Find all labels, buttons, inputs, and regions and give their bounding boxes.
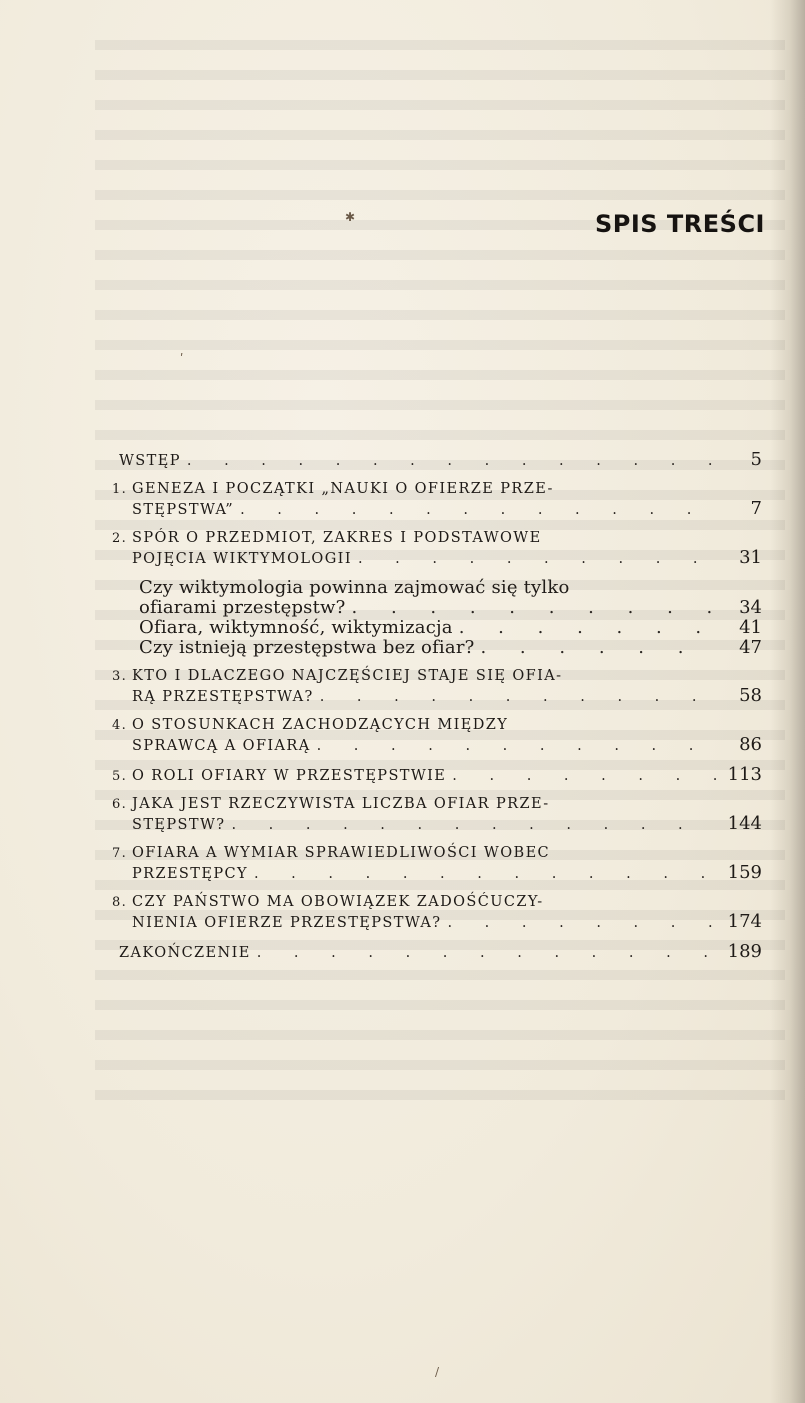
dot-leader bbox=[240, 501, 716, 520]
toc-entry: 2.SPÓR O PRZEDMIOT, ZAKRES I PODSTAWOWEP… bbox=[112, 529, 762, 569]
dot-leader bbox=[187, 452, 716, 471]
dot-leader bbox=[352, 598, 716, 618]
spacer bbox=[112, 658, 762, 667]
toc-entry-title: JAKA JEST RZECZYWISTA LICZBA OFIAR PRZE- bbox=[132, 795, 550, 814]
page-number: 7 bbox=[722, 499, 762, 518]
chapter-number: 3. bbox=[112, 667, 132, 686]
toc-entry-line: 7.OFIARA A WYMIAR SPRAWIEDLIWOŚCI WOBEC bbox=[112, 844, 762, 863]
toc-entry-line: RĄ PRZESTĘPSTWA?58 bbox=[112, 686, 762, 707]
toc-entry-line: Ofiara, wiktymność, wiktymizacja41 bbox=[139, 618, 762, 638]
toc-entry-line: 8.CZY PAŃSTWO MA OBOWIĄZEK ZADOŚĆUCZY- bbox=[112, 893, 762, 912]
toc-entry-line: Czy wiktymologia powinna zajmować się ty… bbox=[139, 578, 762, 598]
toc-entry-line: 3.KTO I DLACZEGO NAJCZĘŚCIEJ STAJE SIĘ O… bbox=[112, 667, 762, 686]
toc-entry: 8.CZY PAŃSTWO MA OBOWIĄZEK ZADOŚĆUCZY-NI… bbox=[112, 893, 762, 933]
table-of-contents: WSTĘP51.GENEZA I POCZĄTKI „NAUKI O OFIER… bbox=[112, 450, 762, 972]
toc-entry-line: POJĘCIA WIKTYMOLOGII31 bbox=[112, 548, 762, 569]
dot-leader bbox=[452, 767, 716, 786]
toc-entry-line: PRZESTĘPCY159 bbox=[112, 863, 762, 884]
chapter-number: 8. bbox=[112, 893, 132, 912]
spacer bbox=[112, 786, 762, 795]
toc-entry: 3.KTO I DLACZEGO NAJCZĘŚCIEJ STAJE SIĘ O… bbox=[112, 667, 762, 707]
chapter-number: 7. bbox=[112, 844, 132, 863]
toc-entry-title: GENEZA I POCZĄTKI „NAUKI O OFIERZE PRZE- bbox=[132, 480, 554, 499]
page-number: 31 bbox=[722, 548, 762, 567]
toc-entry-line: 4.O STOSUNKACH ZACHODZĄCYCH MIĘDZY bbox=[112, 716, 762, 735]
toc-entry: 4.O STOSUNKACH ZACHODZĄCYCH MIĘDZYSPRAWC… bbox=[112, 716, 762, 756]
dot-leader bbox=[254, 865, 716, 884]
page-number: 5 bbox=[722, 450, 762, 469]
toc-entry-title: NIENIA OFIERZE PRZESTĘPSTWA? bbox=[132, 914, 441, 933]
dot-leader bbox=[447, 914, 716, 933]
dot-leader bbox=[358, 550, 716, 569]
toc-entry-title: STĘPSTWA” bbox=[132, 501, 234, 520]
toc-entry: 6.JAKA JEST RZECZYWISTA LICZBA OFIAR PRZ… bbox=[112, 795, 762, 835]
toc-entry-title: Ofiara, wiktymność, wiktymizacja bbox=[139, 618, 453, 638]
toc-entry-title: Czy wiktymologia powinna zajmować się ty… bbox=[139, 578, 570, 598]
spacer bbox=[112, 520, 762, 529]
spacer bbox=[112, 471, 762, 480]
toc-entry: 1.GENEZA I POCZĄTKI „NAUKI O OFIERZE PRZ… bbox=[112, 480, 762, 520]
toc-entry-title: SPRAWCĄ A OFIARĄ bbox=[132, 737, 311, 756]
page-number: 34 bbox=[722, 598, 762, 618]
toc-entry-title: RĄ PRZESTĘPSTWA? bbox=[132, 688, 314, 707]
print-speck: ʹ bbox=[180, 352, 183, 366]
toc-entry-line: SPRAWCĄ A OFIARĄ86 bbox=[112, 735, 762, 756]
toc-entry-line: STĘPSTW?144 bbox=[112, 814, 762, 835]
toc-entry-line: ofiarami przestępstw?34 bbox=[139, 598, 762, 618]
toc-entry: Ofiara, wiktymność, wiktymizacja41 bbox=[112, 618, 762, 638]
page-number: 159 bbox=[722, 863, 762, 882]
dot-leader bbox=[320, 688, 716, 707]
print-speck: / bbox=[435, 1365, 439, 1379]
spacer bbox=[112, 933, 762, 942]
dot-leader bbox=[231, 816, 716, 835]
toc-entry: 7.OFIARA A WYMIAR SPRAWIEDLIWOŚCI WOBECP… bbox=[112, 844, 762, 884]
page-title: SPIS TREŚCI bbox=[595, 210, 765, 238]
toc-entry: 5.O ROLI OFIARY W PRZESTĘPSTWIE113 bbox=[112, 765, 762, 786]
toc-entry-title: ZAKOŃCZENIE bbox=[119, 944, 251, 963]
toc-entry-line: 6.JAKA JEST RZECZYWISTA LICZBA OFIAR PRZ… bbox=[112, 795, 762, 814]
toc-entry-title: POJĘCIA WIKTYMOLOGII bbox=[132, 550, 352, 569]
page-number: 113 bbox=[722, 765, 762, 784]
dot-leader bbox=[480, 638, 716, 658]
toc-entry-title: CZY PAŃSTWO MA OBOWIĄZEK ZADOŚĆUCZY- bbox=[132, 893, 544, 912]
book-page: SPIS TREŚCI WSTĘP51.GENEZA I POCZĄTKI „N… bbox=[0, 0, 805, 1403]
toc-entry-title: KTO I DLACZEGO NAJCZĘŚCIEJ STAJE SIĘ OFI… bbox=[132, 667, 562, 686]
spacer bbox=[112, 884, 762, 893]
page-number: 58 bbox=[722, 686, 762, 705]
chapter-number: 2. bbox=[112, 529, 132, 548]
toc-entry-title: WSTĘP bbox=[119, 452, 181, 471]
toc-entry-title: OFIARA A WYMIAR SPRAWIEDLIWOŚCI WOBEC bbox=[132, 844, 550, 863]
page-number: 47 bbox=[722, 638, 762, 658]
spacer bbox=[112, 963, 762, 972]
toc-entry-line: Czy istnieją przestępstwa bez ofiar?47 bbox=[139, 638, 762, 658]
toc-entry-title: ofiarami przestępstw? bbox=[139, 598, 346, 618]
toc-entry-line: WSTĘP5 bbox=[112, 450, 762, 471]
page-number: 41 bbox=[722, 618, 762, 638]
toc-entry-title: O STOSUNKACH ZACHODZĄCYCH MIĘDZY bbox=[132, 716, 508, 735]
chapter-number: 6. bbox=[112, 795, 132, 814]
toc-entry-title: SPÓR O PRZEDMIOT, ZAKRES I PODSTAWOWE bbox=[132, 529, 542, 548]
dot-leader bbox=[459, 618, 716, 638]
page-number: 189 bbox=[722, 942, 762, 961]
toc-entry: ZAKOŃCZENIE189 bbox=[112, 942, 762, 963]
chapter-number: 5. bbox=[112, 767, 132, 786]
toc-entry-title: PRZESTĘPCY bbox=[132, 865, 248, 884]
toc-entry-line: NIENIA OFIERZE PRZESTĘPSTWA?174 bbox=[112, 912, 762, 933]
toc-entry: Czy wiktymologia powinna zajmować się ty… bbox=[112, 578, 762, 618]
toc-entry-title: Czy istnieją przestępstwa bez ofiar? bbox=[139, 638, 474, 658]
toc-entry-title: STĘPSTW? bbox=[132, 816, 225, 835]
page-number: 144 bbox=[722, 814, 762, 833]
page-number: 86 bbox=[722, 735, 762, 754]
toc-entry-line: ZAKOŃCZENIE189 bbox=[112, 942, 762, 963]
spacer bbox=[112, 756, 762, 765]
toc-entry-line: 1.GENEZA I POCZĄTKI „NAUKI O OFIERZE PRZ… bbox=[112, 480, 762, 499]
toc-entry: WSTĘP5 bbox=[112, 450, 762, 471]
spacer bbox=[112, 707, 762, 716]
chapter-number: 4. bbox=[112, 716, 132, 735]
toc-entry-line: STĘPSTWA”7 bbox=[112, 499, 762, 520]
toc-entry: Czy istnieją przestępstwa bez ofiar?47 bbox=[112, 638, 762, 658]
print-speck: ✱ bbox=[345, 210, 355, 224]
dot-leader bbox=[317, 737, 716, 756]
toc-entry-line: 2.SPÓR O PRZEDMIOT, ZAKRES I PODSTAWOWE bbox=[112, 529, 762, 548]
dot-leader bbox=[257, 944, 716, 963]
toc-entry-line: 5.O ROLI OFIARY W PRZESTĘPSTWIE113 bbox=[112, 765, 762, 786]
toc-entry-title: O ROLI OFIARY W PRZESTĘPSTWIE bbox=[132, 767, 446, 786]
spacer bbox=[112, 835, 762, 844]
page-number: 174 bbox=[722, 912, 762, 931]
chapter-number: 1. bbox=[112, 480, 132, 499]
